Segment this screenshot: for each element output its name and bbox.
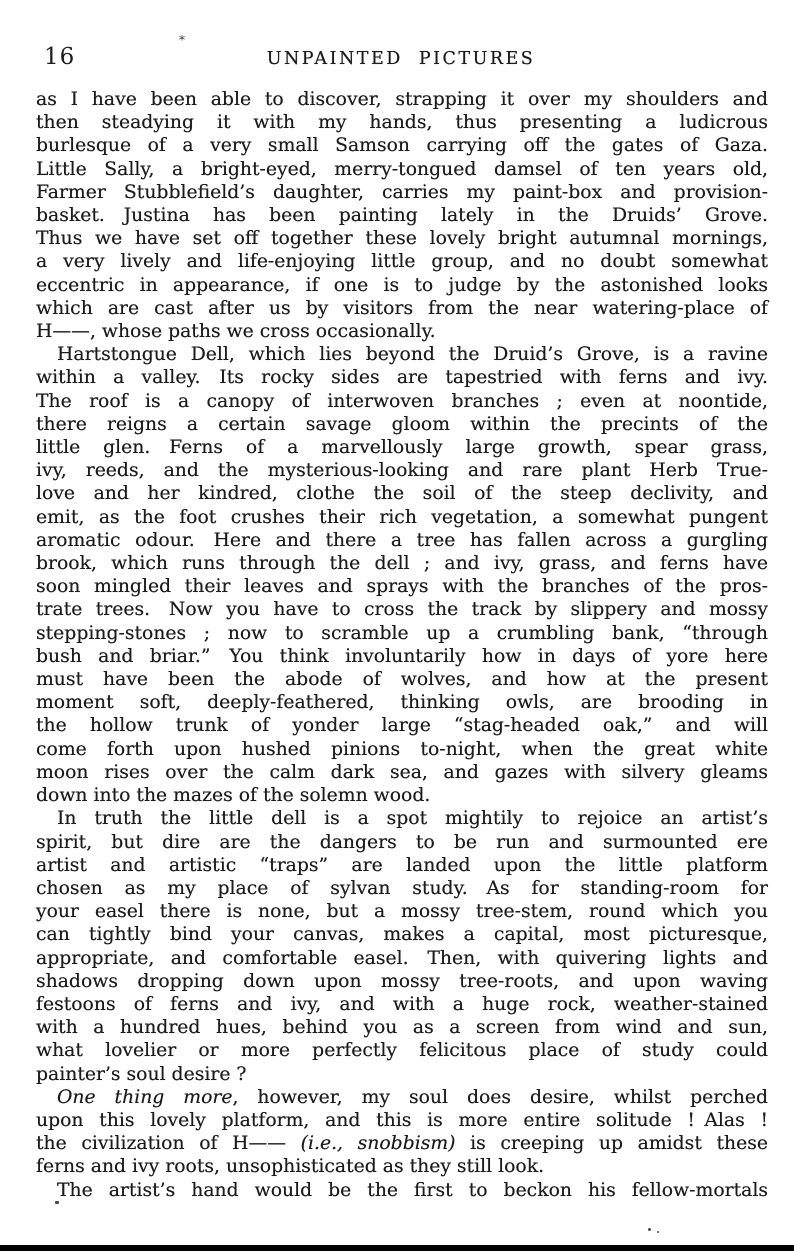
text-line: Little Sally, a bright-eyed, merry-tongu… xyxy=(36,158,768,181)
text-line: One thing more, however, my soul does de… xyxy=(36,1086,768,1109)
text-line: burlesque of a very small Samson carryin… xyxy=(36,134,768,157)
text-line: with a hundred hues, behind you as a scr… xyxy=(36,1016,768,1039)
italic-text: (i.e., snobbism) xyxy=(301,1133,456,1154)
text-line: which are cast after us by visitors from… xyxy=(36,297,768,320)
italic-text: One thing more xyxy=(57,1087,233,1108)
text-line: painter’s soul desire ? xyxy=(36,1063,768,1086)
text-line: upon this lovely platform, and this is m… xyxy=(36,1109,768,1132)
text-line: then steadying it with my hands, thus pr… xyxy=(36,111,768,134)
text-line: within a valley. Its rocky sides are tap… xyxy=(36,366,768,389)
text-line: bush and briar.” You think involuntarily… xyxy=(36,645,768,668)
text-line: festoons of ferns and ivy, and with a hu… xyxy=(36,993,768,1016)
book-page: * 16 UNPAINTED PICTURES as I have been a… xyxy=(0,0,794,1251)
text-line: what lovelier or more perfectly felicito… xyxy=(36,1039,768,1062)
scan-speck xyxy=(55,1201,59,1204)
text-line: H——, whose paths we cross occasionally. xyxy=(36,320,768,343)
text-line: aromatic odour. Here and there a tree ha… xyxy=(36,529,768,552)
text-line: spirit, but dire are the dangers to be r… xyxy=(36,831,768,854)
page-body: as I have been able to discover, strappi… xyxy=(36,88,768,1202)
paragraph: One thing more, however, my soul does de… xyxy=(36,1086,768,1179)
text-line: a very lively and life-enjoying little g… xyxy=(36,250,768,273)
paragraph: The artist’s hand would be the first to … xyxy=(36,1179,768,1202)
text-line: Thus we have set off together these love… xyxy=(36,227,768,250)
paragraph: In truth the little dell is a spot might… xyxy=(36,807,768,1085)
text-line: trate trees. Now you have to cross the t… xyxy=(36,598,768,621)
scan-speck xyxy=(657,1231,659,1233)
text-line: brook, which runs through the dell ; and… xyxy=(36,552,768,575)
scan-edge-bar xyxy=(0,1245,794,1251)
text-line: your easel there is none, but a mossy tr… xyxy=(36,900,768,923)
text-line: little glen. Ferns of a marvellously lar… xyxy=(36,436,768,459)
text-line: chosen as my place of sylvan study. As f… xyxy=(36,877,768,900)
header-title: UNPAINTED PICTURES xyxy=(36,49,766,69)
text-line: shadows dropping down upon mossy tree-ro… xyxy=(36,970,768,993)
text-line: love and her kindred, clothe the soil of… xyxy=(36,482,768,505)
paragraph: as I have been able to discover, strappi… xyxy=(36,88,768,343)
text-line: artist and artistic “traps” are landed u… xyxy=(36,854,768,877)
text-line: as I have been able to discover, strappi… xyxy=(36,88,768,111)
text-line: Farmer Stubblefield’s daughter, carries … xyxy=(36,181,768,204)
text-line: appropriate, and comfortable easel. Then… xyxy=(36,947,768,970)
text-line: moon rises over the calm dark sea, and g… xyxy=(36,761,768,784)
text-line: eccentric in appearance, if one is to ju… xyxy=(36,274,768,297)
text-line: must have been the abode of wolves, and … xyxy=(36,668,768,691)
paragraph: Hartstongue Dell, which lies beyond the … xyxy=(36,343,768,807)
text-line: the civilization of H—— (i.e., snobbism)… xyxy=(36,1132,768,1155)
text-line: moment soft, deeply-feathered, thinking … xyxy=(36,691,768,714)
text-line: emit, as the foot crushes their rich veg… xyxy=(36,506,768,529)
text-line: In truth the little dell is a spot might… xyxy=(36,807,768,830)
text-line: Hartstongue Dell, which lies beyond the … xyxy=(36,343,768,366)
text-line: The roof is a canopy of interwoven branc… xyxy=(36,390,768,413)
text-line: soon mingled their leaves and sprays wit… xyxy=(36,575,768,598)
text-line: ferns and ivy roots, unsophisticated as … xyxy=(36,1155,768,1178)
running-head: 16 UNPAINTED PICTURES xyxy=(36,44,766,74)
scan-speck xyxy=(648,1228,651,1231)
text-line: stepping-stones ; now to scramble up a c… xyxy=(36,622,768,645)
text-line: come forth upon hushed pinions to-night,… xyxy=(36,738,768,761)
text-line: The artist’s hand would be the first to … xyxy=(36,1179,768,1202)
text-line: can tightly bind your canvas, makes a ca… xyxy=(36,923,768,946)
text-line: ivy, reeds, and the mysterious-looking a… xyxy=(36,459,768,482)
text-line: the hollow trunk of yonder large “stag-h… xyxy=(36,714,768,737)
text-line: down into the mazes of the solemn wood. xyxy=(36,784,768,807)
text-line: basket. Justina has been painting lately… xyxy=(36,204,768,227)
text-line: there reigns a certain savage gloom with… xyxy=(36,413,768,436)
